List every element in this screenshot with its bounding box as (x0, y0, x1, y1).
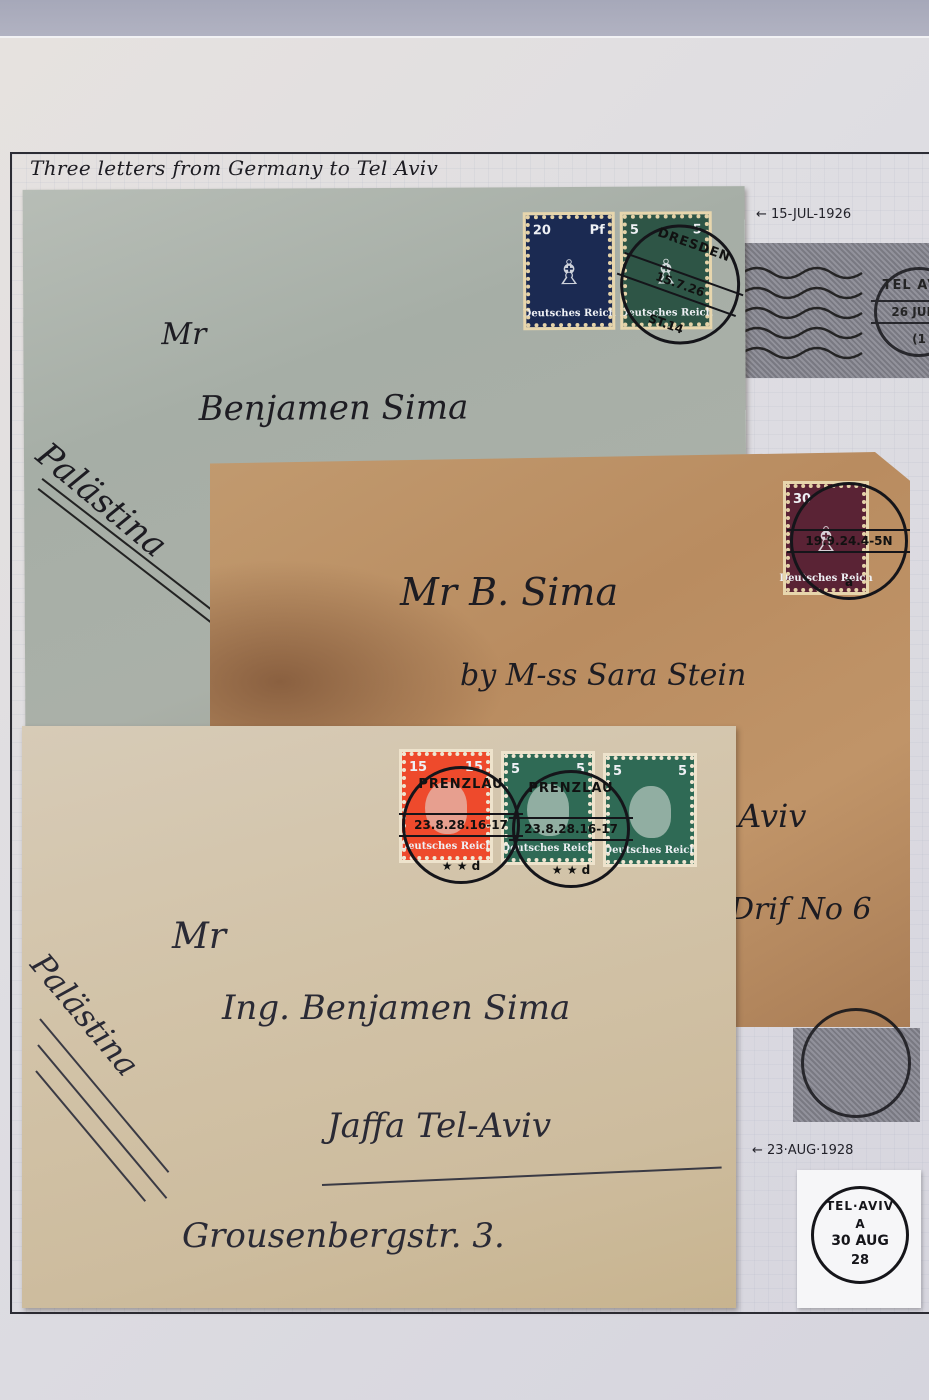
destination-underline (35, 1070, 146, 1202)
address-line: Ing. Benjamen Sima (222, 988, 570, 1028)
portrait-icon (629, 786, 671, 838)
tel-aviv-cancel-1926: TEL AVIV 26 JUL 2 (1 (874, 267, 929, 357)
backstamp-piece-1: TEL AVIV 26 JUL 2 (1 (742, 243, 929, 378)
destination-underline (41, 478, 224, 620)
page-title: Three letters from Germany to Tel Aviv (30, 156, 438, 180)
envelope-1928: 1515 Deutsches Reich 55 Deutsches Reich … (22, 726, 736, 1308)
address-line: Benjamen Sima (199, 388, 469, 429)
destination-underline (37, 1044, 167, 1198)
stamp-20pf-blue: 20Pf ♗ Deutsches Reich (526, 215, 613, 327)
prenzlau-cancel: PRENZLAU 23.8.28.16-17 ★ ★ d (512, 770, 630, 888)
city-underline (322, 1167, 722, 1186)
address-line: Grousenbergstr. 3. (182, 1216, 505, 1256)
destination-country: Palästina (28, 435, 174, 566)
partial-backstamp (801, 1008, 911, 1118)
postmark-1924: 19.9.24.4-5N a (790, 482, 908, 600)
address-line: Jaffa Tel-Aviv (327, 1106, 551, 1146)
date-note-1926: ← 15-JUL-1926 (756, 207, 851, 222)
tel-aviv-cancel-1928: TEL·AVIV A 30 AUG 28 (811, 1186, 909, 1284)
backstamp-piece-2 (793, 1028, 920, 1122)
prenzlau-cancel: PRENZLAU 23.8.28.16-17 ★ ★ d (402, 766, 520, 884)
date-note-1928: ← 23·AUG·1928 (752, 1143, 853, 1158)
address-line: Drif No 6 (730, 892, 872, 927)
destination-country: Palästina (23, 946, 147, 1084)
address-line: by M-ss Sara Stein (460, 658, 746, 693)
address-line: Mr B. Sima (400, 570, 618, 614)
eagle-icon: ♗ (554, 256, 585, 290)
tel-aviv-backstamp-1928: TEL·AVIV A 30 AUG 28 (797, 1170, 921, 1308)
address-line: Mr (172, 916, 226, 957)
address-line: Mr (161, 317, 206, 352)
